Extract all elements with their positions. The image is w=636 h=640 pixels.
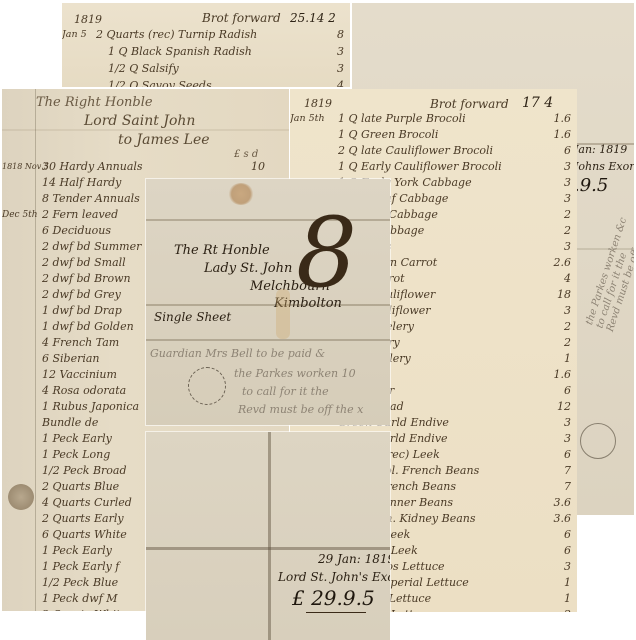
brought-forward-amount: 17 4 [522, 95, 553, 111]
ledger-row: 2 Q late Cauliflower Brocoli 6 [290, 143, 577, 159]
docket-name: Lord St. John's Exors [278, 570, 390, 584]
underline-rule [306, 612, 366, 613]
envelope-front: The Rt Honble Lady St. John Melchbourn K… [146, 179, 390, 425]
ledger-row: 1818 Nov 5 30 Hardy Annuals 10 [2, 159, 289, 175]
brought-forward-label: Brot forward [202, 11, 281, 25]
page-year: 1819 [304, 97, 332, 110]
brought-forward-amount: 25.14 2 [290, 11, 336, 25]
envelope-back: 29 Jan: 1819 Lord St. John's Exors £ 29.… [146, 432, 390, 640]
address-line-2: Lady St. John [204, 261, 292, 276]
ledger-row: 1/2 Q Savoy Seeds 4 [62, 77, 350, 87]
faint-note-line-1: Guardian Mrs Bell to be paid & [150, 347, 325, 360]
docket-amount: £ 29.9.5 [292, 586, 375, 610]
ink-stain [276, 289, 290, 339]
ledger-row: Jan 5 2 Quarts (rec) Turnip Radish 8 [62, 26, 350, 43]
addressee-line-2: Lord Saint John [84, 113, 195, 129]
rotated-faint-notes: the Parkes worken &c to call for it the … [584, 180, 634, 333]
docket-date: 29 Jan: 1819 [318, 552, 390, 566]
faint-note-line-3: to call for it the [242, 385, 329, 398]
ledger-row: Jan 5th 1 Q late Purple Brocoli 1.6 [290, 111, 577, 127]
docket: Jan: 1819 Johns Exors .9.5 [574, 143, 634, 196]
brought-forward-label: Brot forward [430, 97, 509, 111]
postmark-stamp [580, 423, 616, 459]
faint-note-line-2: the Parkes worken 10 [234, 367, 356, 380]
faint-note-line-4: Revd must be off the x [238, 403, 363, 416]
ledger-row: 1 Q Black Spanish Radish 3 [62, 43, 350, 60]
fold-line [146, 339, 390, 341]
ledger-row: 1 Q Green Brocoli 1.6 [290, 127, 577, 143]
ledger-row: 1/2 Q Salsify 3 [62, 60, 350, 77]
docket-date: Jan: 1819 [574, 143, 634, 156]
addressee-line-1: The Right Honble [36, 95, 153, 110]
single-sheet-note: Single Sheet [154, 310, 231, 324]
fold-line [268, 432, 271, 640]
page-year: 1819 [74, 13, 102, 26]
postmark-stamp [188, 367, 226, 405]
addressee-line-3: to James Lee [118, 132, 210, 148]
docket-name: Johns Exors [574, 160, 634, 173]
fold-line [2, 129, 289, 131]
ledger-row: 1 Q Early Cauliflower Brocoli 3 [290, 159, 577, 175]
wax-seal-stain [228, 183, 254, 205]
top-left-ledger-page: 1819 Brot forward 25.14 2 Jan 5 2 Quarts… [62, 3, 350, 87]
address-line-1: The Rt Honble [174, 243, 270, 258]
postage-mark: 8 [296, 203, 357, 303]
